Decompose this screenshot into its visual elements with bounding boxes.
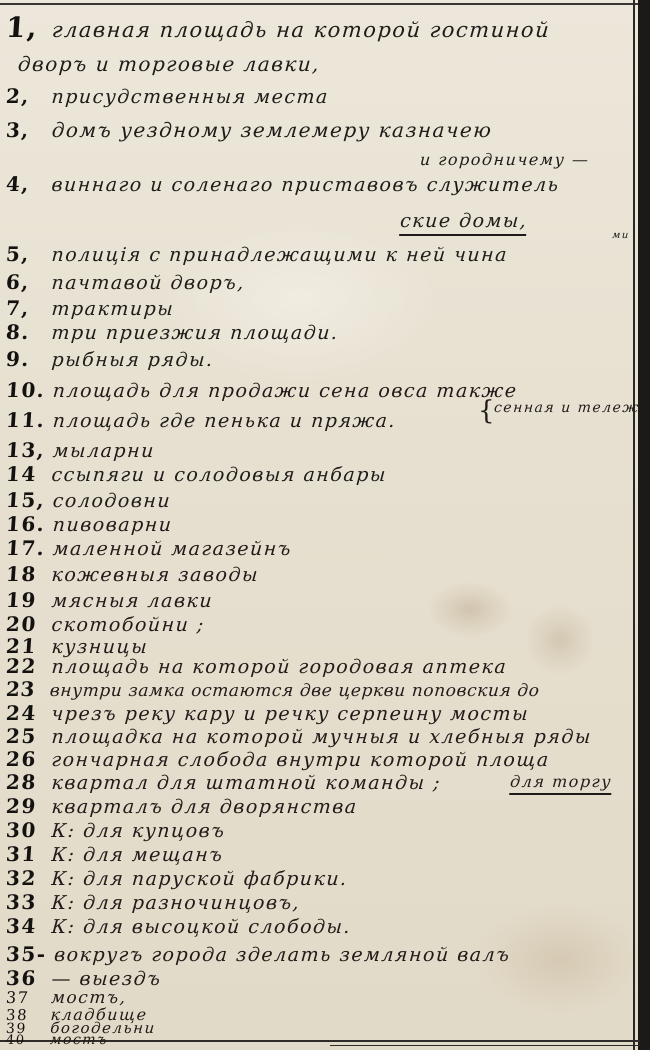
entry-text: кожевныя заводы (51, 564, 260, 586)
entry-text: три приезжия площади. (51, 322, 340, 344)
entry-text: главная площадь на которой гостиной (51, 18, 551, 42)
entry-number: 5, (5, 244, 44, 264)
side-note: для торгу (509, 772, 613, 795)
entry-number: 28 (5, 772, 44, 792)
legend-entry: 17. маленной магазейнъ (5, 538, 632, 559)
legend-entry: 25 площадка на которой мучныя и хлебныя … (5, 726, 632, 747)
entry-text: К: для мещанъ (51, 844, 224, 866)
entry-text: домъ уездному землемеру казначею (51, 118, 493, 142)
entry-number: 10. (5, 380, 46, 400)
entry-number: 7, (5, 298, 44, 318)
legend-entry: 16. пивоварни (5, 514, 632, 535)
legend-entry: 34 К: для высоцкой слободы. (5, 916, 632, 937)
legend-entry: 19 мясныя лавки (5, 590, 632, 611)
brace-symbol: { (478, 396, 495, 426)
entry-number: 18 (5, 564, 44, 584)
entry-text: кузницы (51, 636, 149, 658)
legend-entry: 3, домъ уездному землемеру казначею (5, 120, 632, 140)
entry-text: солодовни (52, 490, 172, 512)
entry-number: 6, (5, 272, 44, 292)
legend-entry: 30 К: для купцовъ (5, 820, 632, 841)
entry-number: 19 (5, 590, 44, 610)
brace-note: сенная и тележная (493, 400, 650, 416)
top-border-rule (0, 3, 642, 5)
entry-text: квартал для штатной команды ; (51, 772, 442, 794)
entry-number: 24 (5, 703, 44, 723)
legend-entry: 9. рыбныя ряды. (5, 349, 632, 370)
entry-number: 20 (5, 614, 44, 634)
entry-number: 13, (5, 440, 46, 460)
legend-entry: 24 чрезъ реку кару и речку серпеину мост… (5, 703, 632, 724)
entry-number: 3, (5, 120, 44, 140)
entry-number: 9. (5, 349, 44, 369)
entry-text: площадь для продажи сена овса также (52, 380, 518, 402)
entry-continuation: ские домы, (399, 210, 528, 236)
entry-number: 22 (5, 656, 44, 676)
legend-entry: 1, главная площадь на которой гостиной (5, 14, 633, 42)
legend-entry: 32 К: для паруской фабрики. (5, 868, 632, 889)
entry-number: 34 (5, 916, 44, 936)
entry-text: рыбныя ряды. (51, 349, 215, 371)
entry-continuation: дворъ и торговые лавки, (17, 52, 321, 76)
entry-note: ми (612, 230, 631, 241)
legend-entry: 40 мостъ (6, 1033, 633, 1047)
entry-number: 40 (6, 1034, 45, 1047)
legend-entry: 29 кварталъ для дворянства (5, 796, 632, 817)
entry-text: полиція с принадлежащими к ней чина (51, 244, 509, 266)
legend-entry: 31 К: для мещанъ (5, 844, 632, 865)
entry-text: К: для разночинцовъ, (51, 892, 301, 914)
entry-number: 23 (5, 679, 44, 699)
legend-entry: 23 внутри замка остаются две церкви попо… (5, 679, 632, 700)
right-border-rule (633, 0, 635, 1050)
legend-entry: 4, виннаго и соленаго приставовъ служите… (5, 174, 632, 195)
entry-number: 31 (5, 844, 44, 864)
entry-text: присудственныя места (51, 86, 330, 108)
legend-entry: 14 ссыпяги и солодовыя анбары (5, 464, 632, 485)
entry-number: 8. (5, 322, 44, 342)
entry-text: мостъ (49, 1032, 108, 1048)
entry-text: чрезъ реку кару и речку серпеину мосты (51, 703, 530, 725)
entry-number: 16. (5, 514, 46, 534)
entry-number: 36 (5, 968, 44, 988)
legend-entry: 8. три приезжия площади. (5, 322, 632, 343)
entry-text: гончарная слобода внутри которой площа (51, 749, 551, 771)
entry-text: К: для паруской фабрики. (51, 868, 349, 890)
entry-text: пивоварни (52, 514, 173, 536)
manuscript-page: 1, главная площадь на которой гостиной д… (0, 0, 650, 1050)
entry-number: 35- (5, 944, 47, 964)
legend-entry: 2, присудственныя места (5, 86, 632, 107)
legend-entry: 21 кузницы (5, 636, 632, 657)
entry-number: 37 (5, 990, 44, 1006)
entry-number: 25 (5, 726, 44, 746)
entry-number: 15, (5, 490, 46, 510)
entry-number: 26 (5, 749, 44, 769)
entry-number: 1, (5, 14, 45, 42)
entry-text: скотобойни ; (51, 614, 206, 636)
legend-entry: 5, полиція с принадлежащими к ней чина (5, 244, 632, 265)
legend-entry: 15, солодовни (5, 490, 632, 511)
legend-entry: 20 скотобойни ; (5, 614, 632, 635)
entry-text: — выездъ (51, 968, 162, 990)
legend-entry: 33 К: для разночинцовъ, (5, 892, 632, 913)
entry-text: мыларни (52, 440, 156, 462)
entry-text: пачтавой дворъ, (51, 272, 246, 294)
entry-text: вокругъ города зделать земляной валъ (53, 944, 511, 966)
entry-text: кварталъ для дворянства (51, 796, 359, 818)
entry-number: 21 (5, 636, 44, 656)
legend-entry: 36 — выездъ (5, 968, 632, 989)
entry-text: площадка на которой мучныя и хлебныя ряд… (51, 726, 593, 748)
entry-number: 4, (5, 174, 44, 194)
entry-number: 29 (5, 796, 44, 816)
entry-text: маленной магазейнъ (52, 538, 293, 560)
entry-text: внутри замка остаются две церкви поповск… (49, 681, 540, 701)
entry-text: площадь где пенька и пряжа. (52, 410, 397, 432)
entry-number: 33 (5, 892, 44, 912)
entry-text: ссыпяги и солодовыя анбары (51, 464, 388, 486)
entry-text: мясныя лавки (51, 590, 214, 612)
entry-continuation: и городничему — (419, 150, 590, 169)
entry-text: К: для высоцкой слободы. (51, 916, 352, 938)
entry-number: 14 (5, 464, 44, 484)
legend-entry: 6, пачтавой дворъ, (5, 272, 632, 293)
entry-text: виннаго и соленаго приставовъ служитель (51, 174, 561, 196)
legend-entry: 22 площадь на которой городовая аптека (5, 656, 632, 677)
legend-entry: 35- вокругъ города зделать земляной валъ (5, 944, 632, 965)
legend-entry: 18 кожевныя заводы (5, 564, 632, 585)
entry-text: площадь на которой городовая аптека (51, 656, 508, 678)
legend-entry: 26 гончарная слобода внутри которой площ… (5, 749, 632, 770)
legend-entry: 13, мыларни (5, 440, 632, 461)
entry-number: 30 (5, 820, 44, 840)
entry-number: 17. (5, 538, 46, 558)
legend-entry: 7, трактиры (5, 298, 632, 319)
entry-number: 11. (5, 410, 46, 430)
legend-entry: 10. площадь для продажи сена овса также (5, 380, 632, 401)
entry-number: 2, (5, 86, 44, 106)
entry-text: трактиры (51, 298, 175, 320)
page-edge (638, 0, 650, 1050)
entry-text: К: для купцовъ (51, 820, 226, 842)
entry-number: 32 (5, 868, 44, 888)
